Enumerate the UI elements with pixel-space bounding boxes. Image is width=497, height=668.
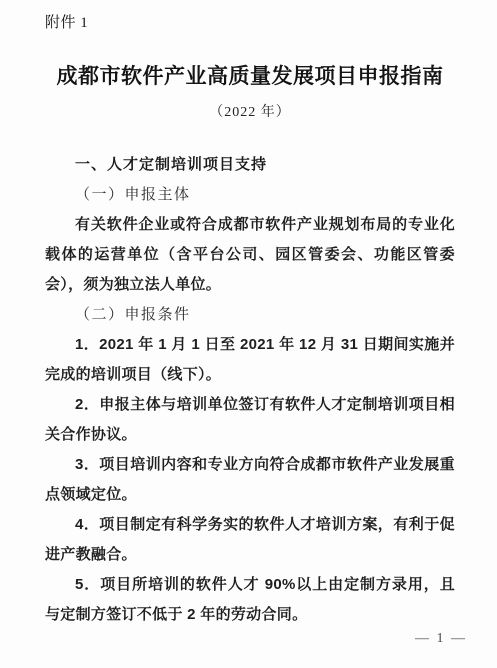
subsection-heading-applicant: （一）申报主体 <box>45 180 455 210</box>
condition-item-3: 3．项目培训内容和专业方向符合成都市软件产业发展重点领域定位。 <box>45 450 455 510</box>
condition-item-5: 5．项目所培训的软件人才 90%以上由定制方录用，且与定制方签订不低于 2 年的… <box>45 570 455 630</box>
subsection-heading-conditions: （二）申报条件 <box>45 300 455 330</box>
paragraph-applicant-description: 有关软件企业或符合成都市软件产业规划布局的专业化载体的运营单位（含平台公司、园区… <box>45 210 455 300</box>
condition-item-1: 1．2021 年 1 月 1 日至 2021 年 12 月 31 日期间实施并完… <box>45 330 455 390</box>
document-subtitle: （2022 年） <box>45 102 455 124</box>
document-title: 成都市软件产业高质量发展项目申报指南 <box>45 62 455 92</box>
document-page: 附件 1 成都市软件产业高质量发展项目申报指南 （2022 年） 一、人才定制培… <box>0 0 497 668</box>
attachment-label: 附件 1 <box>45 12 455 34</box>
condition-item-4: 4．项目制定有科学务实的软件人才培训方案，有利于促进产教融合。 <box>45 510 455 570</box>
condition-item-2: 2．申报主体与培训单位签订有软件人才定制培训项目相关合作协议。 <box>45 390 455 450</box>
page-number: — 1 — <box>415 630 467 648</box>
section-heading-talent-training: 一、人才定制培训项目支持 <box>45 150 455 180</box>
